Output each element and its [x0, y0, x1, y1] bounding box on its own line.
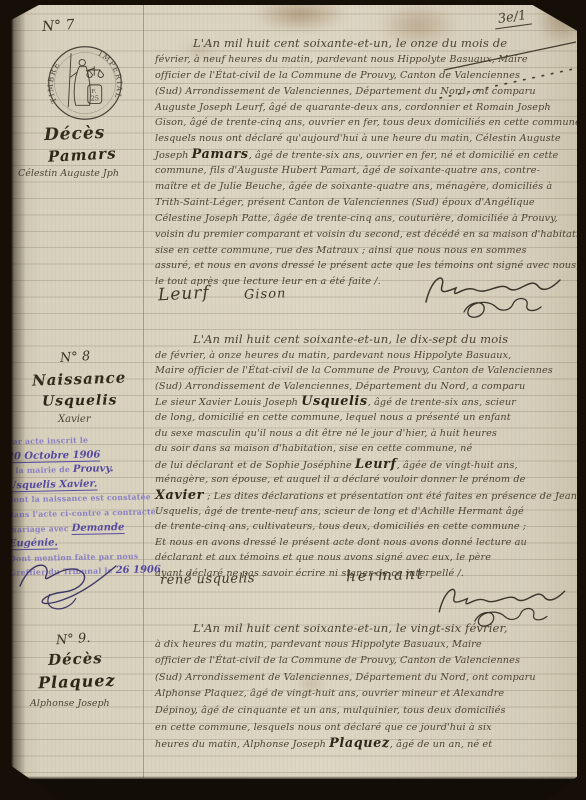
act-text-segment: de long, domicilié en cette commune, leq…: [155, 412, 511, 423]
act-text-segment: officier de l'État-civil de la Commune d…: [155, 655, 520, 666]
act-text-segment: L'An mil huit cent soixante-et-un, le di…: [193, 332, 508, 346]
mayor-signature: [426, 580, 576, 638]
act-text-line: du sexe masculin qu'il nous a dit être n…: [155, 426, 579, 442]
act-text-segment: , âgée de vingt-huit ans,: [397, 460, 518, 471]
person-name-emphasis: Leurf: [355, 457, 397, 472]
act-number: N° 8: [60, 349, 91, 366]
act-text-line: Célestine Joseph Patte, âgée de trente-c…: [155, 211, 579, 227]
act-text-segment: Maire officier de l'État-civil de la Com…: [155, 365, 553, 376]
mayor-signature: [412, 268, 572, 330]
act-text-segment: , âgé de trente-six ans, ouvrier en fer,…: [249, 150, 559, 161]
witness-signature: Leurf: [158, 283, 211, 306]
act-text-line: officier de l'État-civil de la Commune d…: [155, 68, 579, 84]
act-text-line: Maire officier de l'État-civil de la Com…: [155, 363, 579, 379]
act-text-line: du soir dans sa maison d'habitation, sis…: [155, 441, 579, 457]
mention-stamped-text: mariage avec: [8, 524, 71, 534]
act-text-line: déclarant et aux témoins et que nous avo…: [155, 550, 579, 566]
act-text-segment: (Sud) Arrondissement de Valenciennes, Dé…: [155, 381, 525, 392]
person-name-emphasis: Plaquez: [329, 736, 390, 751]
act-text-line: commune, fils d'Auguste Hubert Pamart, â…: [155, 163, 579, 179]
act-text-line: ménagère, son épouse, et auquel il a déc…: [155, 472, 579, 488]
act-text-line: lesquels nous ont déclaré qu'aujourd'hui…: [155, 131, 579, 147]
mention-stamped-text: à la mairie de: [7, 465, 73, 475]
act-text-segment: du sexe masculin qu'il nous a dit être n…: [155, 428, 497, 439]
act-text-segment: Trith-Saint-Léger, présent Canton de Val…: [155, 197, 535, 208]
act-text-line: Gison, âgé de trente-cinq ans, ouvrier e…: [155, 115, 579, 131]
death-act-plaquez-text: L'An mil huit cent soixante-et-un, le vi…: [155, 620, 579, 753]
witness-signature: hermant: [346, 565, 425, 586]
act-text-segment: voisin du premier comparant et voisin du…: [155, 229, 586, 240]
court-clerk-signature: [10, 554, 132, 614]
act-text-line: à dix heures du matin, pardevant nous Hi…: [155, 637, 579, 654]
act-text-line: Joseph Pamars, âgé de trente-six ans, ou…: [155, 147, 579, 163]
act-text-segment: à dix heures du matin, pardevant nous Hi…: [155, 639, 482, 650]
act-text-segment: commune, fils d'Auguste Hubert Pamart, â…: [155, 165, 540, 176]
act-text-line: officier de l'État-civil de la Commune d…: [155, 653, 579, 670]
act-person-firstnames: Xavier: [58, 414, 91, 425]
act-text-line: L'An mil huit cent soixante-et-un, le di…: [155, 332, 579, 348]
act-text-segment: ménagère, son épouse, et auquel il a déc…: [155, 474, 525, 485]
act-text-line: voisin du premier comparant et voisin du…: [155, 227, 579, 243]
act-text-segment: de trente-cinq ans, cultivateurs, tous d…: [155, 521, 526, 532]
act-text-segment: Dépinoy, âgé de cinquante et un ans, mul…: [155, 705, 506, 716]
witness-signature: Gison: [244, 286, 287, 302]
act-text-line: Alphonse Plaquez, âgé de vingt-huit ans,…: [155, 686, 579, 703]
act-text-line: Usquelis, âgé de trente-neuf ans, scieur…: [155, 504, 579, 520]
act-text-segment: sise en cette commune, rue des Matraux ;…: [155, 245, 527, 256]
act-text-line: Et nous en avons dressé le présent acte …: [155, 535, 579, 551]
act-text-segment: Alphonse Plaquez, âgé de vingt-huit ans,…: [155, 688, 504, 699]
act-text-segment: Auguste Joseph Leurf, âgé de quarante-de…: [155, 102, 551, 113]
act-text-segment: février, à neuf heures du matin, pardeva…: [155, 54, 528, 65]
act-text-segment: Usquelis, âgé de trente-neuf ans, scieur…: [155, 506, 524, 517]
act-text-segment: Et nous en avons dressé le présent acte …: [155, 537, 527, 548]
act-text-line: sise en cette commune, rue des Matraux ;…: [155, 243, 579, 259]
mention-manuscript-text: Demande: [72, 522, 125, 535]
mention-stamped-text: dans l'acte ci-contre a contracté: [8, 507, 156, 519]
act-number: N° 9.: [56, 631, 91, 648]
act-text-segment: en cette commune, lesquels nous ont décl…: [155, 722, 492, 733]
act-text-segment: ; Les dites déclarations et présentation…: [204, 491, 577, 502]
act-number: N° 7: [41, 17, 75, 35]
act-text-line: Xavier ; Les dites déclarations et prése…: [155, 488, 579, 504]
act-text-line: février, à neuf heures du matin, pardeva…: [155, 52, 579, 68]
act-text-segment: (Sud) Arrondissement de Valenciennes, Dé…: [155, 672, 536, 683]
act-type-label: Décès: [48, 649, 103, 669]
act-text-segment: maître et de Julie Beuche, âgée de soixa…: [155, 181, 552, 192]
act-text-line: de lui déclarant et de Sophie Joséphine …: [155, 457, 579, 473]
act-text-segment: de février, à onze heures du matin, pard…: [155, 350, 511, 361]
timbre-imperial-seal: TIMBRE IMPERIAL F. 25: [46, 44, 124, 122]
act-text-line: (Sud) Arrondissement de Valenciennes, Dé…: [155, 670, 579, 687]
act-text-segment: Joseph: [155, 150, 192, 161]
act-text-segment: L'An mil huit cent soixante-et-un, le on…: [193, 36, 507, 50]
act-text-segment: du soir dans sa maison d'habitation, sis…: [155, 443, 472, 454]
act-person-name: Usquelis: [42, 392, 118, 409]
act-text-segment: Le sieur Xavier Louis Joseph: [155, 397, 301, 408]
act-text-segment: heures du matin, Alphonse Joseph: [155, 739, 329, 750]
act-text-line: de février, à onze heures du matin, pard…: [155, 348, 579, 364]
mention-manuscript-text: Prouvy.: [73, 463, 114, 475]
page-content: 3e/1 N° 7 TIMBRE IMPERIAL F. 25 Décès Pa…: [0, 0, 586, 800]
act-text-line: Le sieur Xavier Louis Joseph Usquelis, â…: [155, 394, 579, 410]
person-name-emphasis: Usquelis: [301, 394, 368, 409]
seal-value-line2: 25: [91, 95, 99, 103]
act-text-segment: lesquels nous ont déclaré qu'aujourd'hui…: [155, 133, 561, 144]
act-type-label: Décès: [44, 123, 106, 145]
mention-stamped-text: Par acte inscrit le: [7, 436, 89, 447]
act-text-line: de long, domicilié en cette commune, leq…: [155, 410, 579, 426]
death-act-pamart-text: L'An mil huit cent soixante-et-un, le on…: [155, 36, 579, 290]
registry-page-photo: { "page": { "corner_annotation": "3e/1",…: [0, 0, 586, 800]
act-text-line: maître et de Julie Beuche, âgée de soixa…: [155, 179, 579, 195]
act-text-line: L'An mil huit cent soixante-et-un, le on…: [155, 36, 579, 52]
act-text-line: Auguste Joseph Leurf, âgé de quarante-de…: [155, 100, 579, 116]
act-text-segment: officier de l'État-civil de la Commune d…: [155, 70, 520, 81]
act-text-line: de trente-cinq ans, cultivateurs, tous d…: [155, 519, 579, 535]
act-person-name: Plaquez: [38, 671, 116, 693]
act-text-segment: Célestine Joseph Patte, âgée de trente-c…: [155, 213, 558, 224]
person-name-emphasis: Pamars: [192, 147, 249, 162]
birth-act-usquelis-text: L'An mil huit cent soixante-et-un, le di…: [155, 332, 579, 582]
act-person-firstnames: Célestin Auguste Jph: [18, 168, 119, 179]
declarant-signature: rené usquelis: [160, 571, 255, 588]
act-text-line: heures du matin, Alphonse Joseph Plaquez…: [155, 736, 579, 753]
act-text-line: (Sud) Arrondissement de Valenciennes, Dé…: [155, 84, 579, 100]
act-text-segment: , âgé de trente-six ans, scieur: [368, 397, 516, 408]
mention-line: mariage avec Demande: [8, 518, 140, 535]
act-text-segment: Gison, âgé de trente-cinq ans, ouvrier e…: [155, 117, 584, 128]
act-text-line: (Sud) Arrondissement de Valenciennes, Dé…: [155, 379, 579, 395]
act-text-segment: , âgé de un an, né et: [390, 739, 492, 750]
act-text-segment: déclarant et aux témoins et que nous avo…: [155, 552, 491, 563]
act-text-line: Trith-Saint-Léger, présent Canton de Val…: [155, 195, 579, 211]
act-text-line: en cette commune, lesquels nous ont décl…: [155, 720, 579, 737]
act-person-firstnames: Alphonse Joseph: [30, 698, 110, 709]
act-text-segment: (Sud) Arrondissement de Valenciennes, Dé…: [155, 86, 536, 97]
act-type-label: Naissance: [32, 368, 127, 389]
act-text-segment: de lui déclarant et de Sophie Joséphine: [155, 460, 355, 471]
act-text-line: Dépinoy, âgé de cinquante et un ans, mul…: [155, 703, 579, 720]
person-name-emphasis: Xavier: [155, 488, 204, 503]
act-person-name: Pamars: [48, 144, 117, 166]
